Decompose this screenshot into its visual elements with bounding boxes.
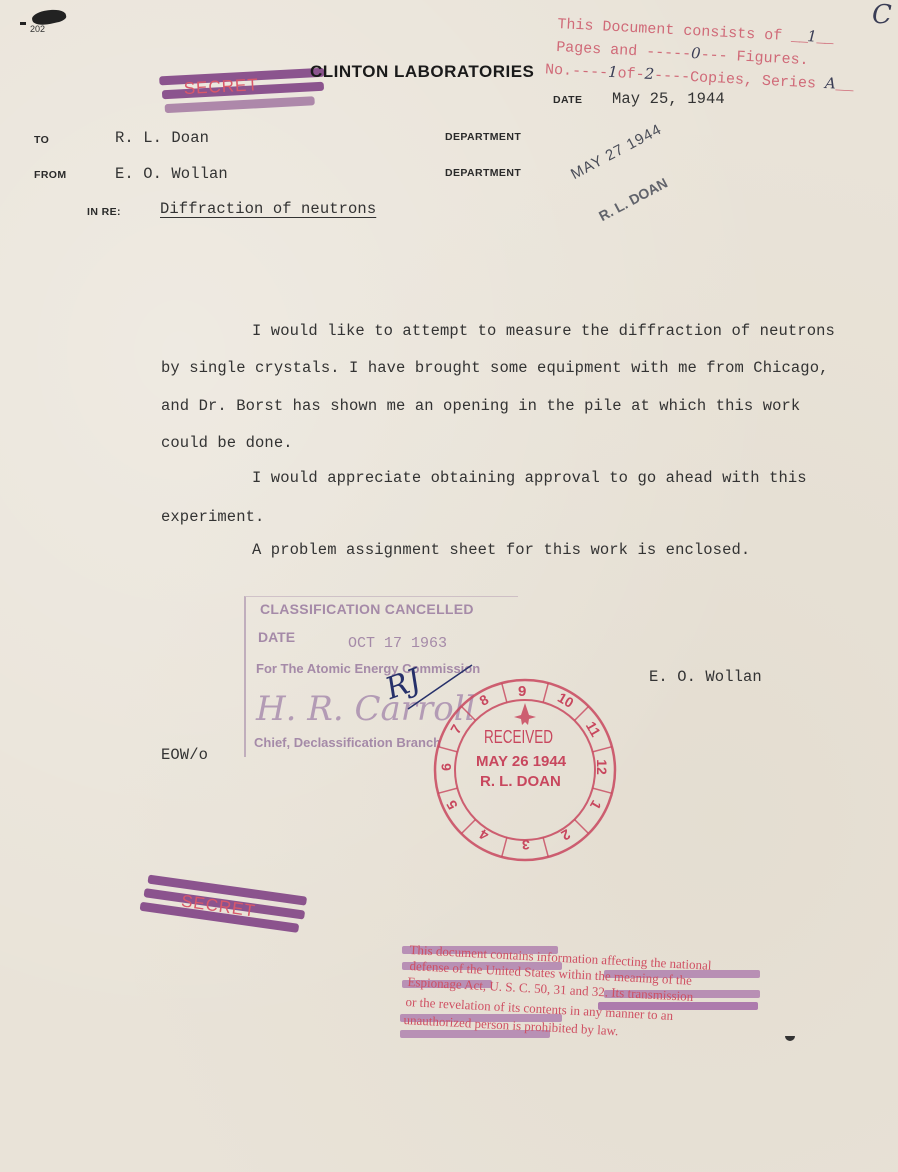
department-label-from: DEPARTMENT (445, 167, 521, 179)
secret-stamp-footer: SECRET (137, 872, 314, 955)
body-line: I would like to attempt to measure the d… (252, 322, 835, 340)
received-name: R. L. DOAN (480, 773, 561, 790)
received-label: RECEIVED (484, 727, 553, 748)
received-date: MAY 26 1944 (476, 753, 566, 770)
body-line: and Dr. Borst has shown me an opening in… (161, 397, 800, 415)
clock-ring-icon (432, 677, 618, 863)
received-stamp: 9 10 11 12 1 2 3 4 5 6 7 8 RECEIVED MAY … (432, 677, 618, 863)
body-line: experiment. (161, 508, 264, 526)
corner-mark: C (872, 0, 892, 30)
body-line: I would appreciate obtaining approval to… (252, 469, 807, 487)
receipt-stamp-gray: MAY 27 1944 (568, 121, 665, 183)
espionage-notice: This document contains information affec… (398, 940, 768, 1050)
date-label: DATE (553, 94, 582, 106)
receipt-stamp-gray-name: R. L. DOAN (596, 175, 670, 225)
body-line: by single crystals. I have brought some … (161, 359, 829, 377)
inre-label: IN RE: (87, 206, 121, 218)
subject-value: Diffraction of neutrons (160, 200, 376, 218)
reference-initials: EOW/o (161, 746, 208, 764)
date-value: May 25, 1944 (612, 90, 725, 108)
from-value: E. O. Wollan (115, 165, 228, 183)
signature-name: E. O. Wollan (649, 668, 762, 686)
copy-control-stamp: This Document consists of __1__ Pages an… (555, 14, 857, 95)
secret-stamp-top: SECRET (157, 62, 329, 121)
body-line: A problem assignment sheet for this work… (252, 541, 750, 559)
to-label: TO (34, 134, 49, 146)
from-label: FROM (34, 169, 67, 181)
department-label-to: DEPARTMENT (445, 131, 521, 143)
body-line: could be done. (161, 434, 293, 452)
ink-speck (785, 1036, 795, 1041)
organization-letterhead: CLINTON LABORATORIES (310, 62, 534, 82)
to-value: R. L. Doan (115, 129, 209, 147)
